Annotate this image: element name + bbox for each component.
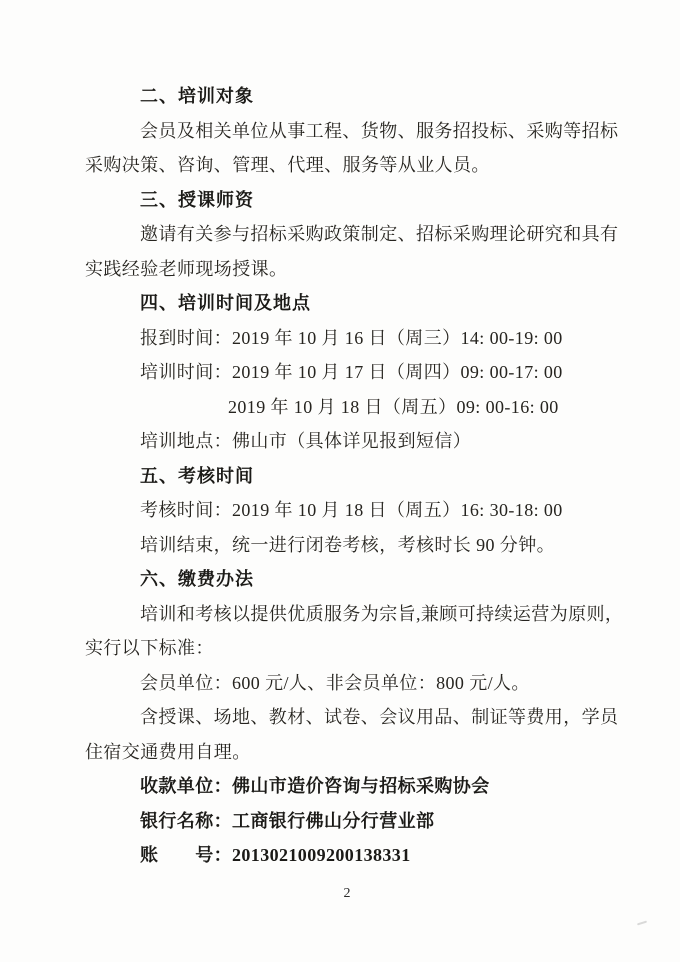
bank-name-line: 银行名称：工商银行佛山分行营业部 <box>85 804 605 839</box>
text-line: 实践经验老师现场授课。 <box>85 252 605 287</box>
payee-line: 收款单位：佛山市造价咨询与招标采购协会 <box>85 769 605 804</box>
text-line: 会员及相关单位从事工程、货物、服务招投标、采购等招标 <box>85 114 605 149</box>
training-time-continuation-line: 2019 年 10 月 18 日（周五）09: 00-16: 00 <box>85 390 605 425</box>
training-time-line: 培训时间：2019 年 10 月 17 日（周四）09: 00-17: 00 <box>85 355 605 390</box>
training-location-line: 培训地点：佛山市（具体详见报到短信） <box>85 424 605 459</box>
account-number-line: 账 号：2013021009200138331 <box>85 838 605 873</box>
text-line: 培训结束，统一进行闭卷考核，考核时长 90 分钟。 <box>85 528 605 563</box>
section-heading-payment: 六、缴费办法 <box>85 562 605 597</box>
section-heading-time-location: 四、培训时间及地点 <box>85 286 605 321</box>
text-line: 邀请有关参与招标采购政策制定、招标采购理论研究和具有 <box>85 217 605 252</box>
text-line: 住宿交通费用自理。 <box>85 735 605 770</box>
page-number: 2 <box>0 886 680 902</box>
scan-artifact <box>637 921 647 926</box>
text-line: 培训和考核以提供优质服务为宗旨,兼顾可持续运营为原则， <box>85 597 605 632</box>
fee-standard-line: 会员单位：600 元/人、非会员单位：800 元/人。 <box>85 666 605 701</box>
text-line: 采购决策、咨询、管理、代理、服务等从业人员。 <box>85 148 605 183</box>
exam-time-line: 考核时间：2019 年 10 月 18 日（周五）16: 30-18: 00 <box>85 493 605 528</box>
text-line: 实行以下标准： <box>85 631 605 666</box>
text-line: 含授课、场地、教材、试卷、会议用品、制证等费用，学员 <box>85 700 605 735</box>
document-page: 二、培训对象 会员及相关单位从事工程、货物、服务招投标、采购等招标 采购决策、咨… <box>0 0 680 962</box>
section-heading-instructors: 三、授课师资 <box>85 183 605 218</box>
section-heading-exam-time: 五、考核时间 <box>85 459 605 494</box>
document-body: 二、培训对象 会员及相关单位从事工程、货物、服务招投标、采购等招标 采购决策、咨… <box>85 79 605 873</box>
section-heading-training-target: 二、培训对象 <box>85 79 605 114</box>
registration-time-line: 报到时间：2019 年 10 月 16 日（周三）14: 00-19: 00 <box>85 321 605 356</box>
